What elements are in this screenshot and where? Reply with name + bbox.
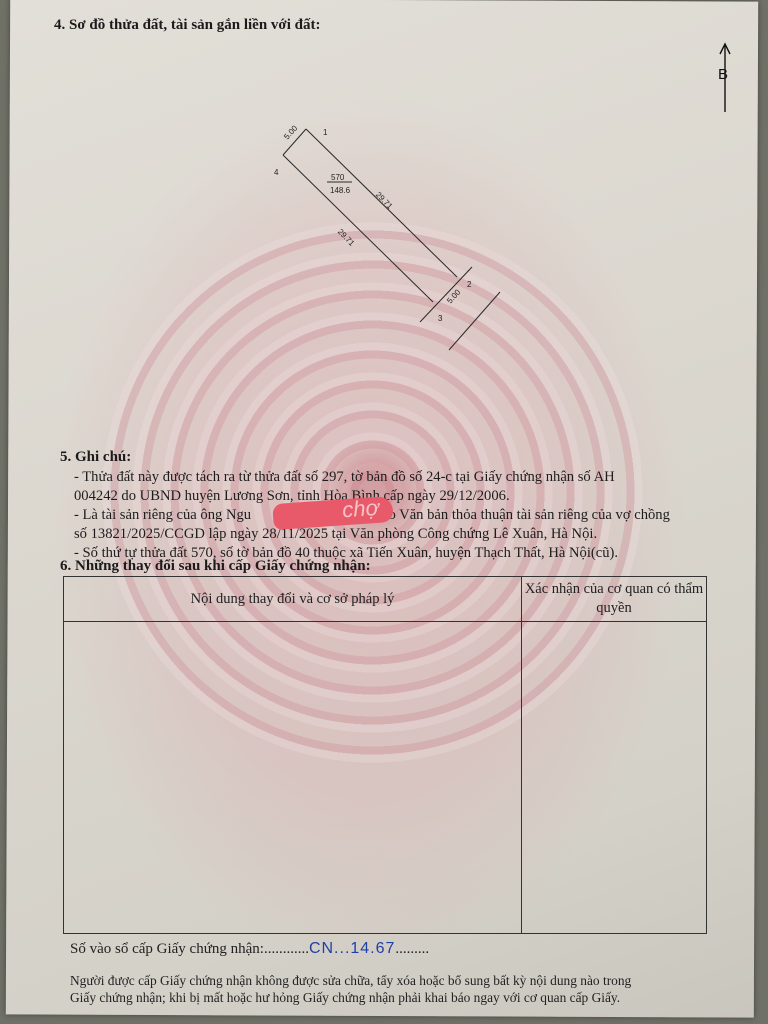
table-header-confirmation: Xác nhận của cơ quan có thẩm quyền xyxy=(522,580,706,618)
corner-2: 2 xyxy=(467,280,471,289)
note-line-3a: - Là tài sản riêng của ông Ngu xyxy=(74,507,251,524)
changes-table: Nội dung thay đổi và cơ sở pháp lý Xác n… xyxy=(63,576,707,934)
corner-1: 1 xyxy=(323,128,327,137)
notice-line-1: Người được cấp Giấy chứng nhận không đượ… xyxy=(70,972,631,989)
note-line-1: - Thửa đất này được tách ra từ thửa đất … xyxy=(74,469,615,486)
parcel-number: 570 xyxy=(331,173,344,182)
registry-dots-before: ............ xyxy=(264,941,309,957)
redaction-watermark: chợ xyxy=(341,495,379,523)
registry-dots-after: ......... xyxy=(395,941,429,957)
table-header-content: Nội dung thay đổi và cơ sở pháp lý xyxy=(64,591,521,608)
registry-label: Số vào sổ cấp Giấy chứng nhận: xyxy=(70,941,264,957)
registry-value: CN...14.67 xyxy=(309,940,395,957)
parcel-area: 148.6 xyxy=(330,186,350,195)
registry-number-line: Số vào sổ cấp Giấy chứng nhận:..........… xyxy=(70,940,429,958)
note-line-4: số 13821/2025/CCGD lập ngày 28/11/2025 t… xyxy=(74,526,597,543)
note-line-3b: eo Văn bản thỏa thuận tài sản riêng của … xyxy=(382,507,670,524)
section5-title: 5. Ghi chú: xyxy=(60,449,131,466)
footer-notice: Người được cấp Giấy chứng nhận không đượ… xyxy=(70,972,631,1006)
table-header-divider xyxy=(64,621,706,622)
corner-4: 4 xyxy=(274,168,278,177)
corner-3: 3 xyxy=(438,314,442,323)
notice-line-2: Giấy chứng nhận; khi bị mất hoặc hư hỏng… xyxy=(70,989,631,1006)
table-column-divider xyxy=(521,577,522,933)
section6-title: 6. Những thay đổi sau khi cấp Giấy chứng… xyxy=(60,558,371,575)
